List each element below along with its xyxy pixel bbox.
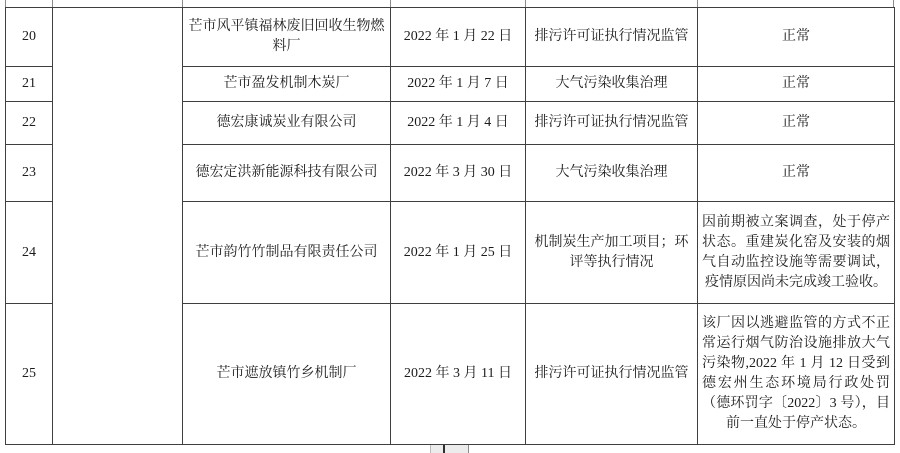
row-index: 25 xyxy=(6,304,53,445)
cutoff-grid-stub xyxy=(52,0,53,7)
cutoff-grid-stub xyxy=(697,0,698,7)
row-index: 20 xyxy=(6,8,53,67)
check-result: 因前期被立案调查，处于停产状态。重建炭化窑及安装的烟气自动监控设施等需要调试，疫… xyxy=(698,202,895,304)
check-task: 排污许可证执行情况监管 xyxy=(526,8,698,67)
cutoff-grid-stub xyxy=(525,0,526,7)
cutoff-grid-stub xyxy=(182,0,183,7)
check-task: 大气污染收集治理 xyxy=(526,67,698,102)
merged-blank-cell xyxy=(53,8,183,445)
company-name: 芒市遮放镇竹乡机制厂 xyxy=(183,304,391,445)
row-index: 21 xyxy=(6,67,53,102)
company-name: 芒市韵竹竹制品有限责任公司 xyxy=(183,202,391,304)
check-task: 排污许可证执行情况监管 xyxy=(526,102,698,145)
company-name: 芒市盈发机制木炭厂 xyxy=(183,67,391,102)
check-result: 正常 xyxy=(698,67,895,102)
cutoff-grid-stub xyxy=(893,0,894,7)
cutoff-tick xyxy=(443,445,445,453)
row-index: 22 xyxy=(6,102,53,145)
company-name: 芒市风平镇福林废旧回收生物燃料厂 xyxy=(183,8,391,67)
check-date: 2022 年 1 月 25 日 xyxy=(391,202,526,304)
table-row: 20 芒市风平镇福林废旧回收生物燃料厂 2022 年 1 月 22 日 排污许可… xyxy=(6,8,895,67)
check-result: 正常 xyxy=(698,145,895,202)
check-result: 正常 xyxy=(698,102,895,145)
check-date: 2022 年 3 月 30 日 xyxy=(391,145,526,202)
inspection-table: 20 芒市风平镇福林废旧回收生物燃料厂 2022 年 1 月 22 日 排污许可… xyxy=(5,7,895,445)
check-result: 该厂因以逃避监管的方式不正常运行烟气防治设施排放大气污染物,2022 年 1 月… xyxy=(698,304,895,445)
document-page: 20 芒市风平镇福林废旧回收生物燃料厂 2022 年 1 月 22 日 排污许可… xyxy=(0,0,900,453)
check-result: 正常 xyxy=(698,8,895,67)
company-name: 德宏康诚炭业有限公司 xyxy=(183,102,391,145)
check-task: 排污许可证执行情况监管 xyxy=(526,304,698,445)
company-name: 德宏定洪新能源科技有限公司 xyxy=(183,145,391,202)
check-date: 2022 年 1 月 22 日 xyxy=(391,8,526,67)
row-index: 23 xyxy=(6,145,53,202)
cutoff-grid-stub xyxy=(5,0,6,7)
cutoff-grid-stub xyxy=(390,0,391,7)
row-index: 24 xyxy=(6,202,53,304)
check-task: 机制炭生产加工项目；环评等执行情况 xyxy=(526,202,698,304)
check-date: 2022 年 1 月 7 日 xyxy=(391,67,526,102)
check-date: 2022 年 1 月 4 日 xyxy=(391,102,526,145)
check-date: 2022 年 3 月 11 日 xyxy=(391,304,526,445)
cutoff-marker xyxy=(430,445,469,453)
check-task: 大气污染收集治理 xyxy=(526,145,698,202)
